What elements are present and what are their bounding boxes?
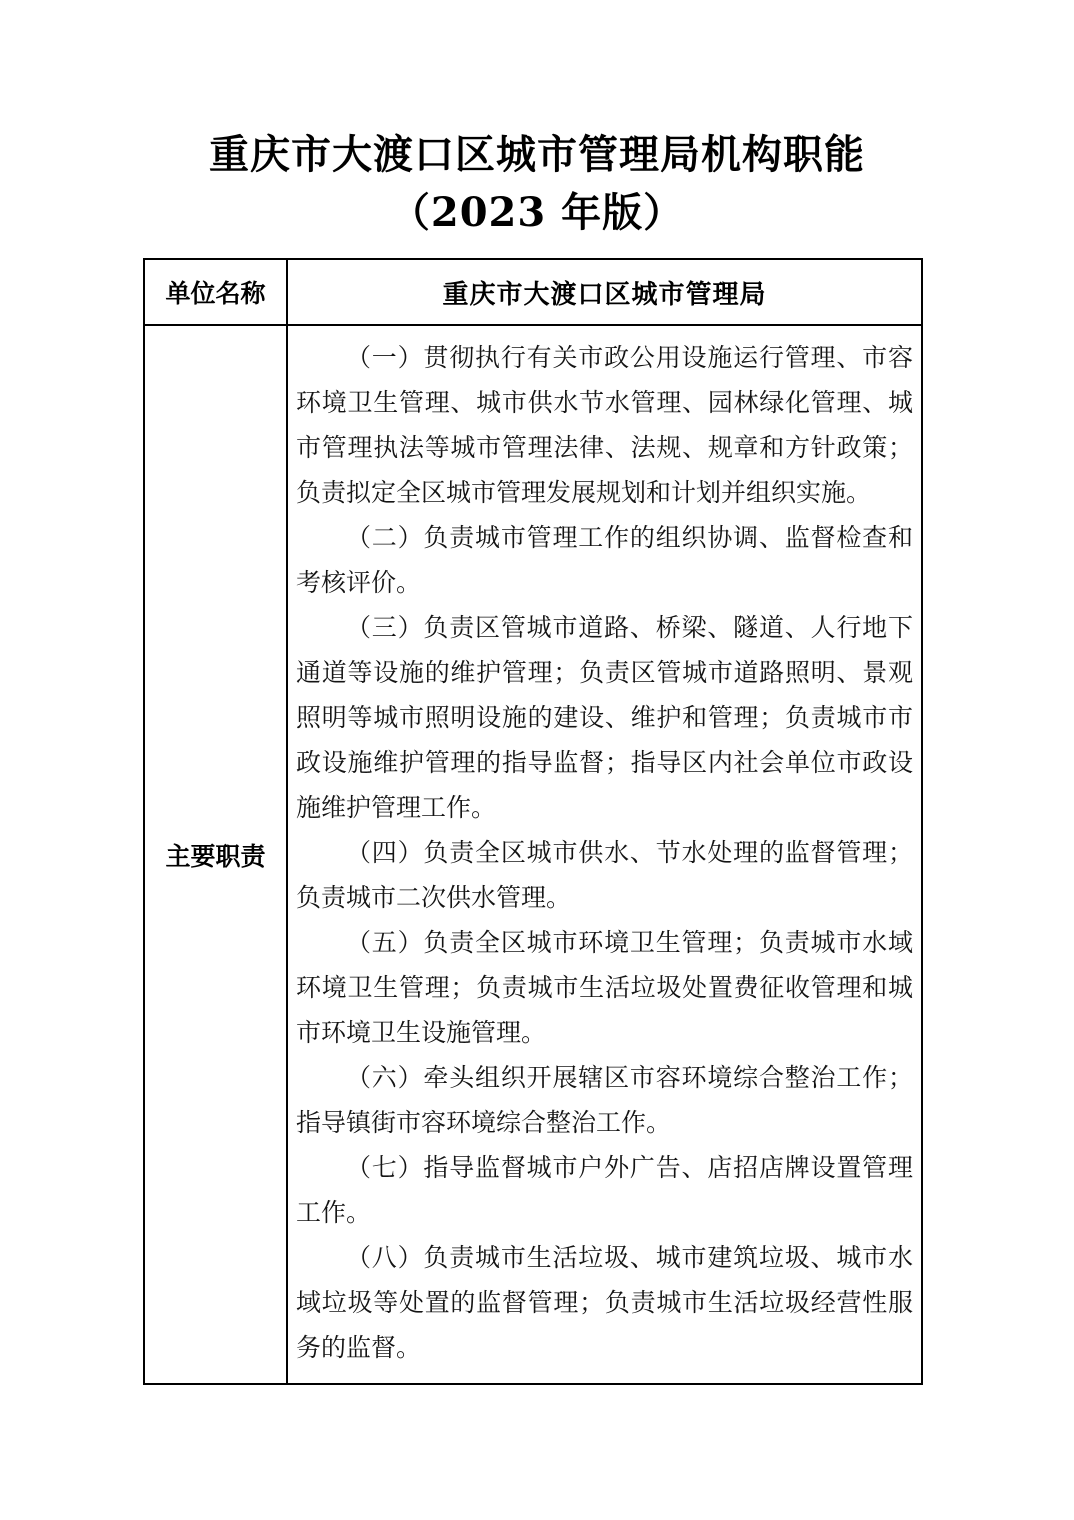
duty-paragraph-7: （七）指导监督城市户外广告、店招店牌设置管理工作。	[296, 1146, 913, 1236]
duty-paragraph-5: （五）负责全区城市环境卫生管理；负责城市水域环境卫生管理；负责城市生活垃圾处置费…	[296, 921, 913, 1056]
unit-name-value: 重庆市大渡口区城市管理局	[287, 259, 922, 325]
duty-paragraph-1: （一）贯彻执行有关市政公用设施运行管理、市容环境卫生管理、城市供水节水管理、园林…	[296, 336, 913, 516]
document-title: 重庆市大渡口区城市管理局机构职能	[0, 126, 1074, 184]
duty-paragraph-3: （三）负责区管城市道路、桥梁、隧道、人行地下通道等设施的维护管理；负责区管城市道…	[296, 606, 913, 831]
main-duties-row: 主要职责 （一）贯彻执行有关市政公用设施运行管理、市容环境卫生管理、城市供水节水…	[144, 325, 922, 1384]
duty-paragraph-4: （四）负责全区城市供水、节水处理的监督管理；负责城市二次供水管理。	[296, 831, 913, 921]
main-duties-label: 主要职责	[144, 325, 287, 1384]
org-function-table: 单位名称 重庆市大渡口区城市管理局 主要职责 （一）贯彻执行有关市政公用设施运行…	[143, 258, 923, 1385]
duty-paragraph-2: （二）负责城市管理工作的组织协调、监督检查和考核评价。	[296, 516, 913, 606]
document-page: 重庆市大渡口区城市管理局机构职能 （2023 年版） 单位名称 重庆市大渡口区城…	[0, 0, 1074, 1520]
document-subtitle: （2023 年版）	[0, 184, 1074, 242]
main-duties-content: （一）贯彻执行有关市政公用设施运行管理、市容环境卫生管理、城市供水节水管理、园林…	[287, 325, 922, 1384]
duty-paragraph-6: （六）牵头组织开展辖区市容环境综合整治工作；指导镇街市容环境综合整治工作。	[296, 1056, 913, 1146]
duty-paragraph-8: （八）负责城市生活垃圾、城市建筑垃圾、城市水域垃圾等处置的监督管理；负责城市生活…	[296, 1236, 913, 1371]
unit-name-label: 单位名称	[144, 259, 287, 325]
unit-name-row: 单位名称 重庆市大渡口区城市管理局	[144, 259, 922, 325]
